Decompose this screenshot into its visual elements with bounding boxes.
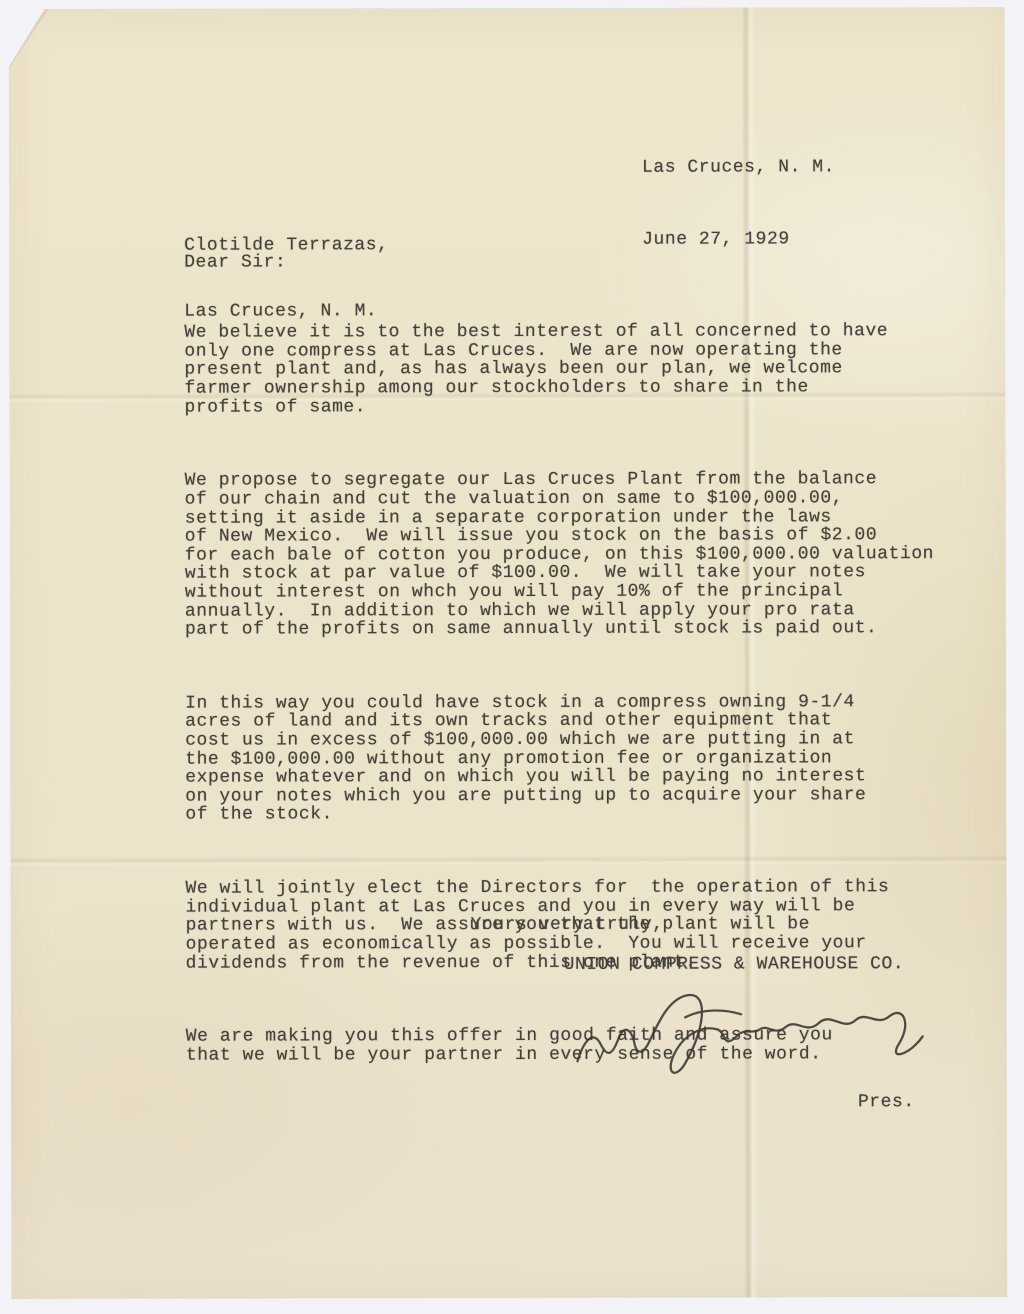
signer-title: Pres. xyxy=(858,1093,915,1112)
scanned-letter: Las Cruces, N. M. June 27, 1929 Clotilde… xyxy=(0,0,1024,1314)
paper-corner-fold xyxy=(9,9,49,69)
dateline-location: Las Cruces, N. M. xyxy=(642,155,835,179)
company-name: UNION COMPRESS & WAREHOUSE CO. xyxy=(564,955,905,974)
paragraph-1: We believe it is to the best interest of… xyxy=(184,322,974,417)
paragraph-2: We propose to segregate our Las Cruces P… xyxy=(185,470,975,639)
paragraph-3: In this way you could have stock in a co… xyxy=(185,693,975,825)
dateline-date: June 27, 1929 xyxy=(642,227,835,251)
letter-page: Las Cruces, N. M. June 27, 1929 Clotilde… xyxy=(9,7,1008,1299)
dateline: Las Cruces, N. M. June 27, 1929 xyxy=(642,107,835,299)
complimentary-closing: Yours very truly, xyxy=(471,916,664,935)
salutation: Dear Sir: xyxy=(184,253,286,272)
